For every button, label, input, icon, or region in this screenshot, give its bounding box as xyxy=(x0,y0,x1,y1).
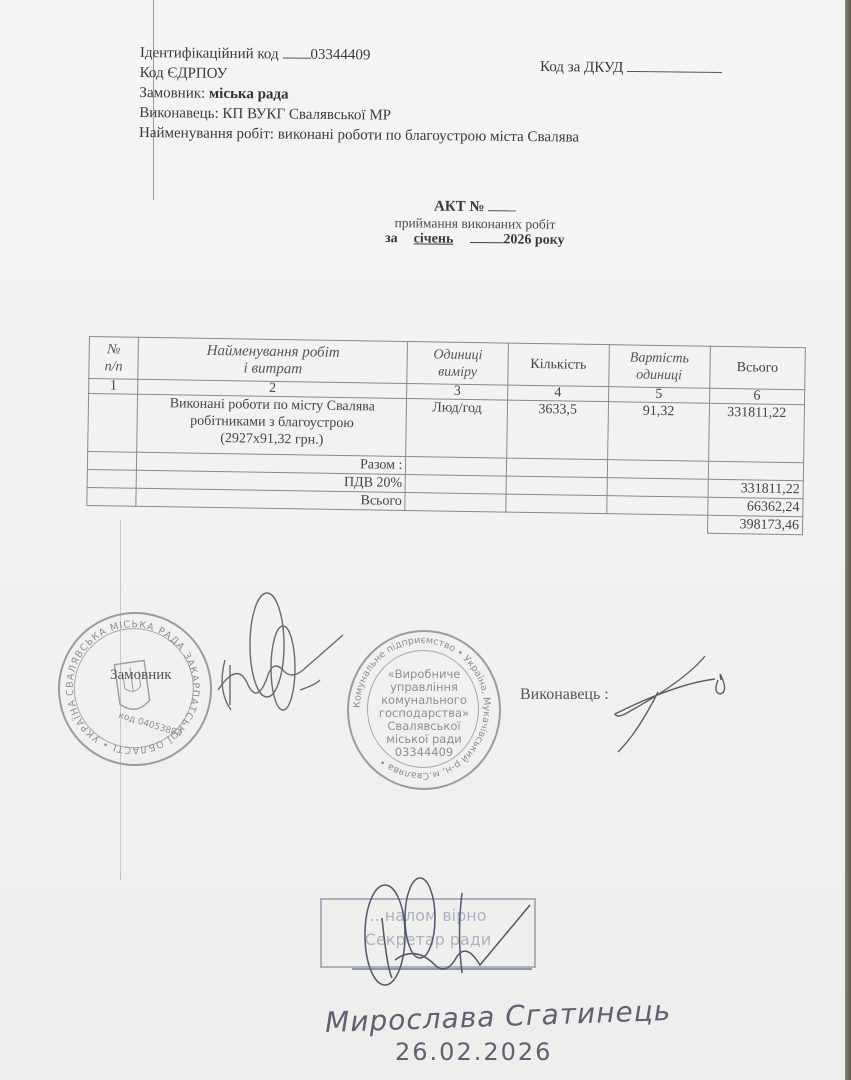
customer-signature xyxy=(218,593,343,710)
certification-signature xyxy=(365,878,530,985)
contractor-signature xyxy=(615,656,725,752)
signature-strokes xyxy=(0,0,851,1080)
